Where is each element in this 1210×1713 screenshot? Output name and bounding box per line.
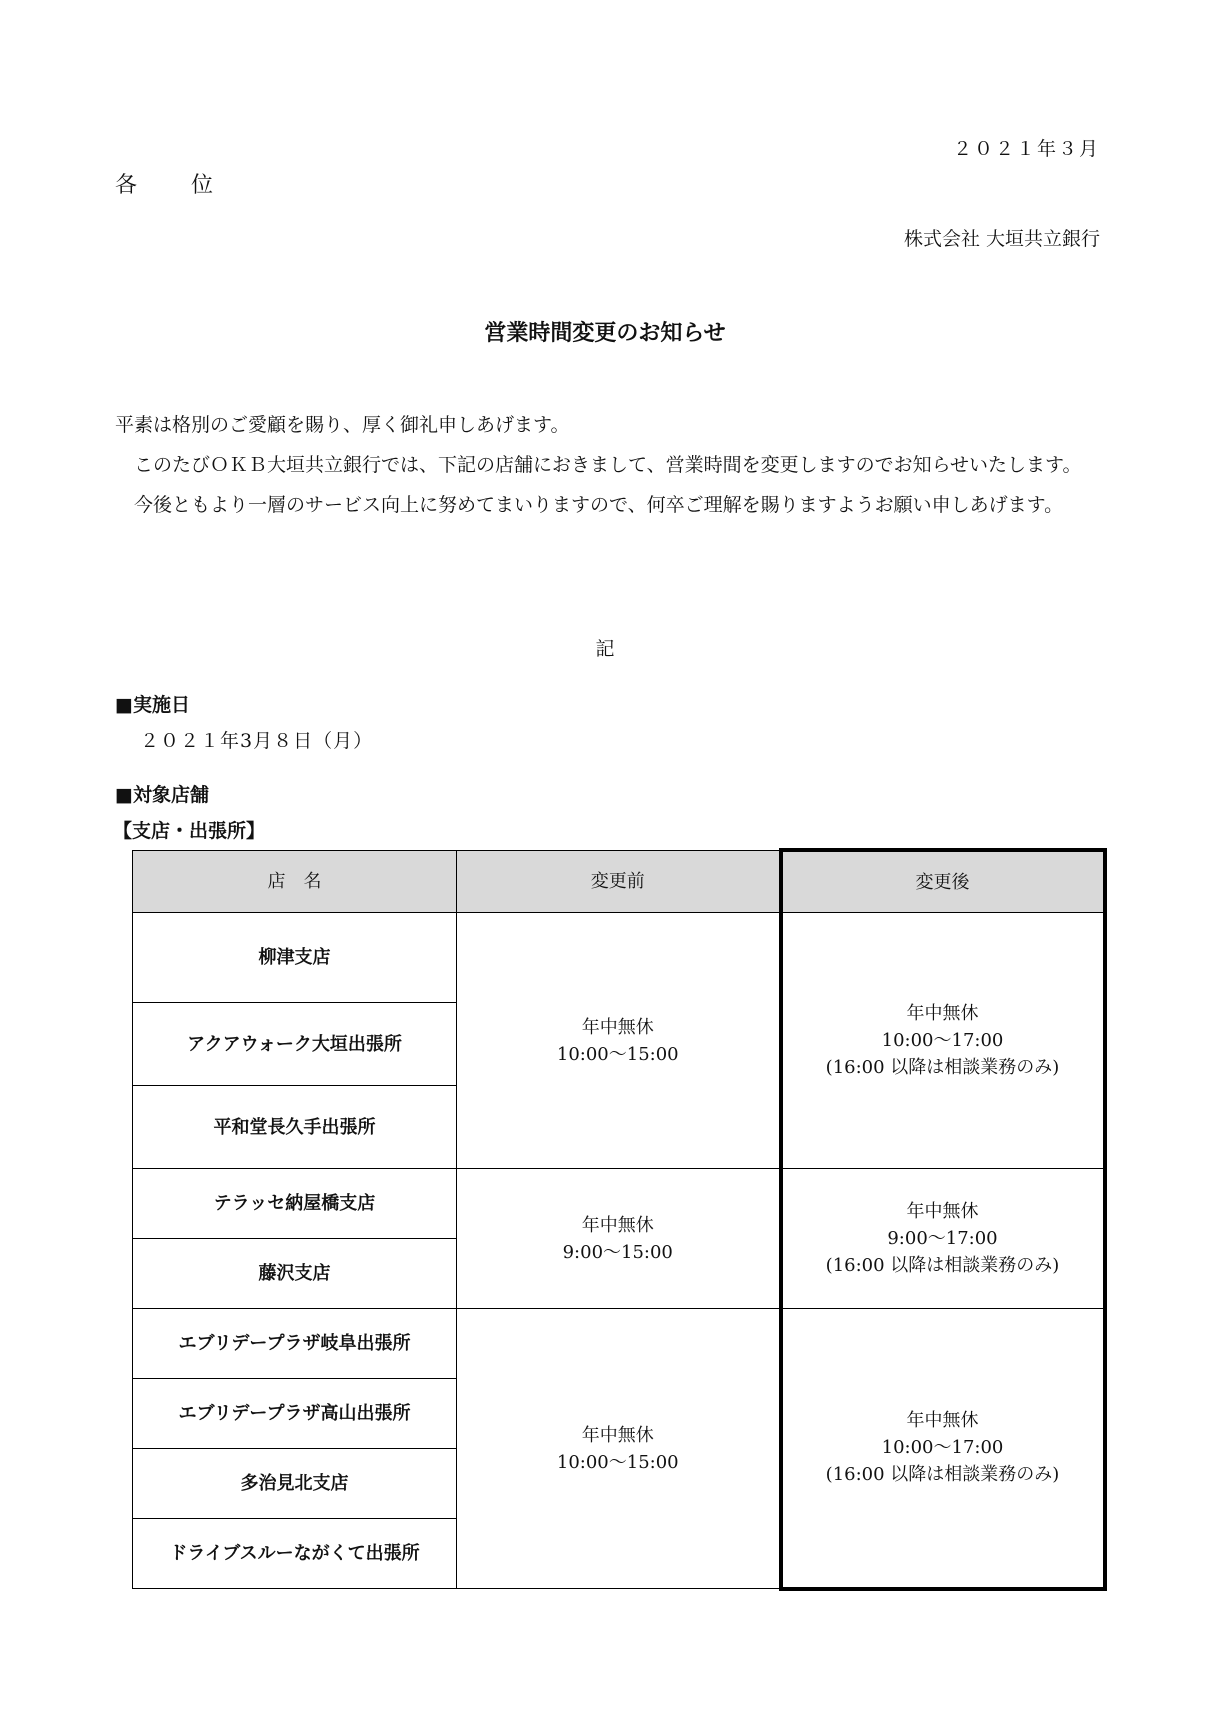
store-name: 柳津支店 (133, 913, 457, 1003)
hours-before: 年中無休 9:00〜15:00 (457, 1169, 781, 1309)
hours-before-time: 10:00〜15:00 (457, 1449, 779, 1476)
hours-before-days: 年中無休 (457, 1014, 779, 1041)
hours-after-time: 10:00〜17:00 (783, 1027, 1103, 1054)
table-row: 柳津支店 年中無休 10:00〜15:00 年中無休 10:00〜17:00 (… (133, 913, 1105, 1003)
subheading-branches: 【支店・出張所】 (113, 816, 265, 843)
addressee: 各 位 (115, 168, 229, 199)
hours-after: 年中無休 9:00〜17:00 (16:00 以降は相談業務のみ) (781, 1169, 1105, 1309)
body-paragraph: 平素は格別のご愛顧を賜り、厚く御礼申しあげます。 (115, 405, 1100, 445)
section-heading-target: ■対象店舗 (115, 780, 209, 807)
table-row: テラッセ納屋橋支店 年中無休 9:00〜15:00 年中無休 9:00〜17:0… (133, 1169, 1105, 1239)
hours-after: 年中無休 10:00〜17:00 (16:00 以降は相談業務のみ) (781, 913, 1105, 1169)
store-name: テラッセ納屋橋支店 (133, 1169, 457, 1239)
section-heading-implementation: ■実施日 (115, 690, 190, 717)
hours-before: 年中無休 10:00〜15:00 (457, 1309, 781, 1589)
hours-after-days: 年中無休 (783, 1198, 1103, 1225)
store-name: アクアウォーク大垣出張所 (133, 1003, 457, 1086)
header-before: 変更前 (457, 850, 781, 913)
hours-after-note: (16:00 以降は相談業務のみ) (783, 1461, 1103, 1488)
store-name: エブリデープラザ岐阜出張所 (133, 1309, 457, 1379)
hours-before-time: 10:00〜15:00 (457, 1041, 779, 1068)
sender-company: 株式会社 大垣共立銀行 (904, 224, 1100, 251)
store-name: エブリデープラザ高山出張所 (133, 1379, 457, 1449)
hours-after-days: 年中無休 (783, 1407, 1103, 1434)
hours-after-days: 年中無休 (783, 1000, 1103, 1027)
header-store-name: 店 名 (133, 850, 457, 913)
table-header-row: 店 名 変更前 変更後 (133, 850, 1105, 913)
hours-before-days: 年中無休 (457, 1422, 779, 1449)
table-row: エブリデープラザ岐阜出張所 年中無休 10:00〜15:00 年中無休 10:0… (133, 1309, 1105, 1379)
hours-after-note: (16:00 以降は相談業務のみ) (783, 1252, 1103, 1279)
store-name: 多治見北支店 (133, 1449, 457, 1519)
body-paragraph: 今後ともより一層のサービス向上に努めてまいりますので、何卒ご理解を賜りますようお… (115, 485, 1100, 525)
store-name: ドライブスルーながくて出張所 (133, 1519, 457, 1589)
document-title: 営業時間変更のお知らせ (0, 316, 1210, 347)
ki-marker: 記 (0, 634, 1210, 661)
hours-after: 年中無休 10:00〜17:00 (16:00 以降は相談業務のみ) (781, 1309, 1105, 1589)
implementation-date: ２０２１年3月８日（月） (140, 726, 373, 753)
store-hours-table: 店 名 変更前 変更後 柳津支店 年中無休 10:00〜15:00 年中無休 1… (132, 848, 1107, 1591)
body-paragraph: このたびＯＫＢ大垣共立銀行では、下記の店舗におきまして、営業時間を変更しますので… (115, 445, 1100, 485)
hours-before-days: 年中無休 (457, 1212, 779, 1239)
issue-date: ２０２１年３月 (953, 134, 1100, 161)
body-text: 平素は格別のご愛顧を賜り、厚く御礼申しあげます。 このたびＯＫＢ大垣共立銀行では… (115, 405, 1100, 525)
store-name: 平和堂長久手出張所 (133, 1086, 457, 1169)
hours-after-note: (16:00 以降は相談業務のみ) (783, 1054, 1103, 1081)
store-name: 藤沢支店 (133, 1239, 457, 1309)
header-after: 変更後 (781, 850, 1105, 913)
hours-before: 年中無休 10:00〜15:00 (457, 913, 781, 1169)
hours-before-time: 9:00〜15:00 (457, 1239, 779, 1266)
hours-after-time: 10:00〜17:00 (783, 1434, 1103, 1461)
hours-after-time: 9:00〜17:00 (783, 1225, 1103, 1252)
